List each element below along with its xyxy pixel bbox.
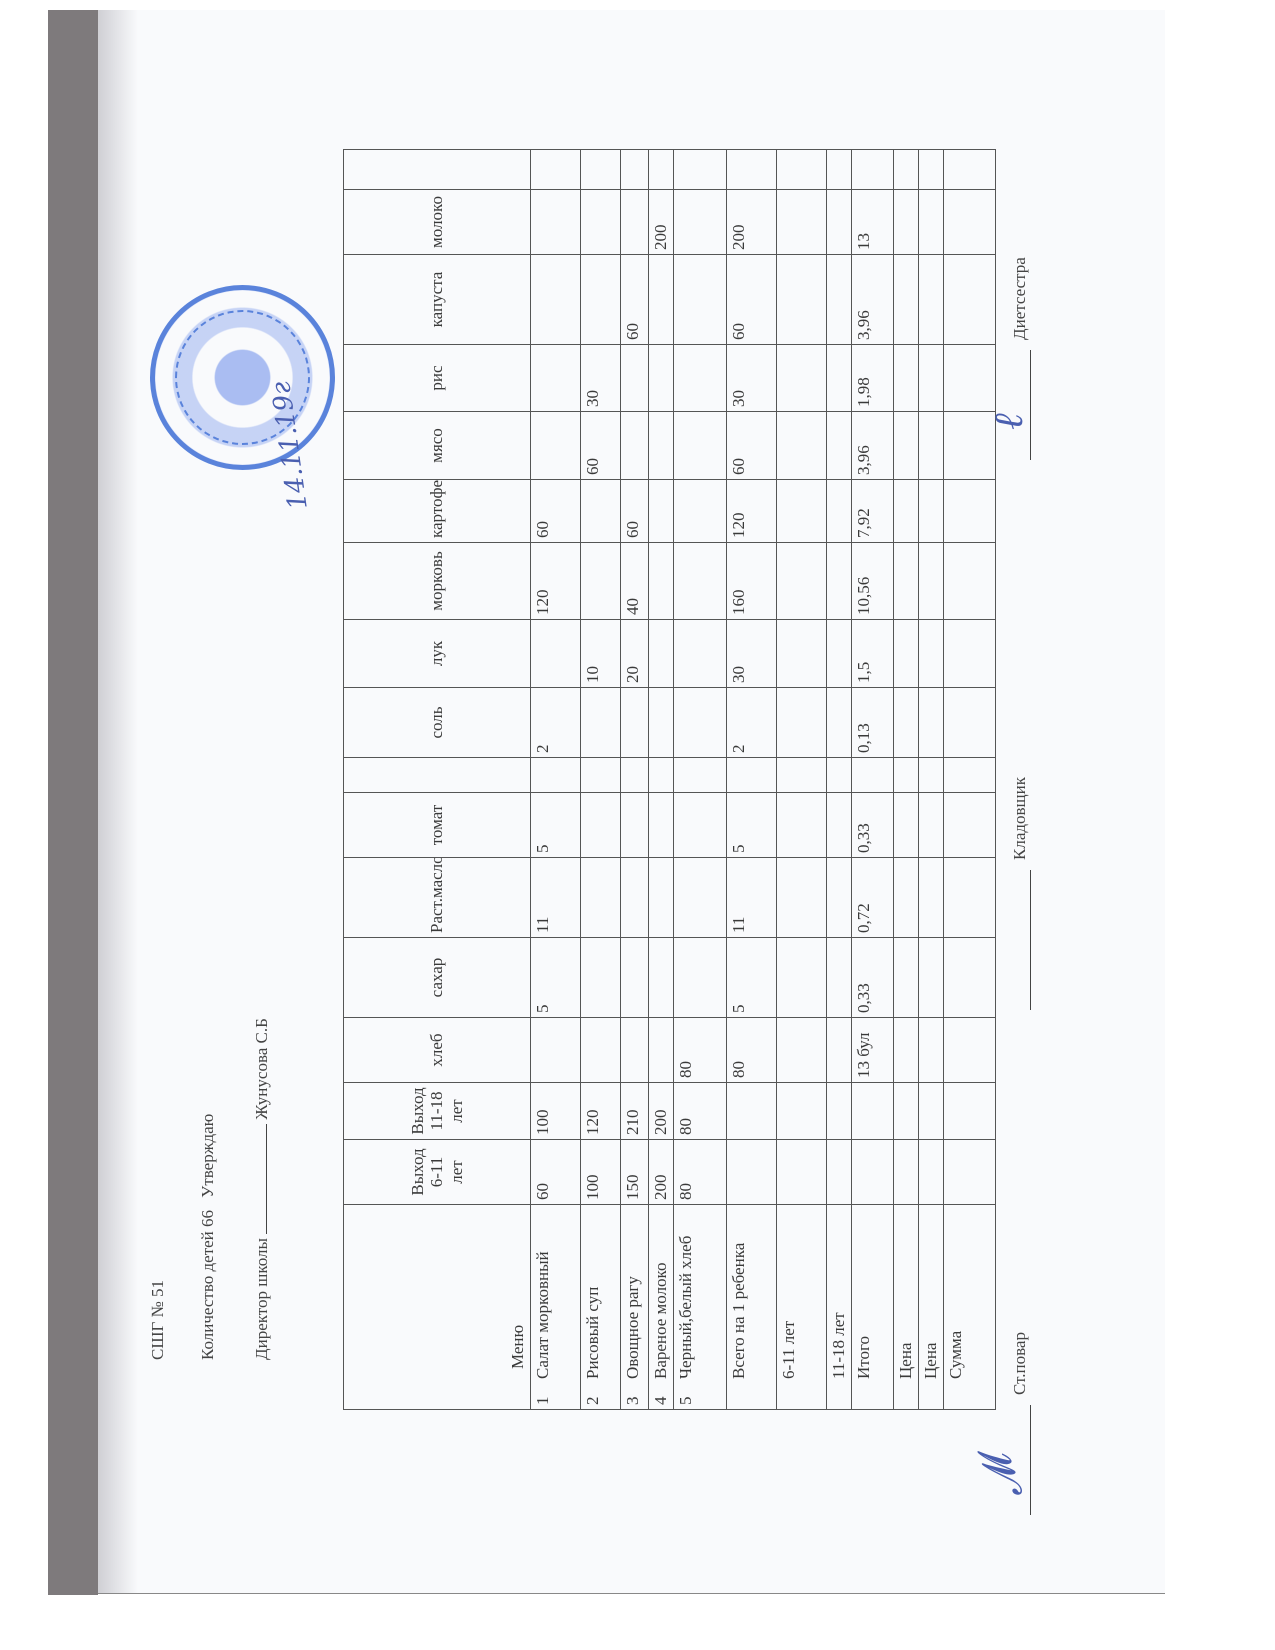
- table-cell: [621, 412, 649, 480]
- column-header: молоко: [344, 190, 531, 255]
- table-cell: [943, 758, 995, 793]
- table-cell: [826, 758, 851, 793]
- table-row: Сумма: [943, 150, 995, 1410]
- row-number: 3: [623, 1379, 643, 1405]
- table-cell: [918, 858, 943, 938]
- table-cell: 3,96: [851, 255, 893, 345]
- table-cell: 30: [581, 345, 621, 412]
- row-label: Итого: [851, 1205, 893, 1410]
- table-cell: [649, 758, 674, 793]
- table-row: 4Вареное молоко200200200: [649, 150, 674, 1410]
- director-label: Директор школы: [252, 1238, 271, 1360]
- table-cell: [673, 793, 726, 858]
- table-cell: [893, 1083, 918, 1140]
- table-cell: 120: [531, 543, 581, 620]
- table-row: Итого13 бул0,330,720,330,131,510,567,923…: [851, 150, 893, 1410]
- rotated-document: СШГ № 51 Количество детей 66 Утверждаю Д…: [0, 0, 1275, 1650]
- table-cell: [621, 1018, 649, 1083]
- table-cell: [581, 190, 621, 255]
- dish-name: Овощное рагу: [623, 1276, 642, 1379]
- row-label: 5Черный,белый хлеб: [673, 1205, 726, 1410]
- table-cell: [918, 480, 943, 543]
- table-cell: [851, 150, 893, 190]
- column-header: томат: [344, 793, 531, 858]
- table-cell: [776, 858, 826, 938]
- approve-label: Утверждаю: [198, 1114, 217, 1198]
- table-row: Всего на 1 ребенка8051152301601206030602…: [726, 150, 776, 1410]
- table-cell: [918, 1083, 943, 1140]
- table-cell: [673, 620, 726, 688]
- table-cell: [581, 938, 621, 1018]
- table-cell: [826, 480, 851, 543]
- table-cell: [531, 758, 581, 793]
- table-cell: [918, 758, 943, 793]
- table-cell: [776, 620, 826, 688]
- table-cell: [531, 1018, 581, 1083]
- dish-name: Сумма: [946, 1331, 965, 1379]
- table-cell: [918, 150, 943, 190]
- table-cell: [673, 190, 726, 255]
- director-name: Жунусова С.Б: [252, 1018, 271, 1120]
- dish-name: 11-18 лет: [829, 1312, 848, 1379]
- column-header: Выход 6-11 лет: [344, 1140, 531, 1205]
- table-cell: [649, 1018, 674, 1083]
- table-cell: 200: [649, 190, 674, 255]
- table-cell: 10,56: [851, 543, 893, 620]
- row-label: 11-18 лет: [826, 1205, 851, 1410]
- column-header: соль: [344, 688, 531, 758]
- table-cell: [826, 1018, 851, 1083]
- dish-name: Цена: [921, 1343, 940, 1379]
- table-cell: [943, 858, 995, 938]
- table-cell: 0,33: [851, 793, 893, 858]
- row-label: Цена: [893, 1205, 918, 1410]
- table-cell: [918, 620, 943, 688]
- table-cell: [826, 1140, 851, 1205]
- table-cell: 30: [726, 345, 776, 412]
- official-stamp: [150, 285, 335, 470]
- table-cell: [726, 1083, 776, 1140]
- table-cell: [531, 620, 581, 688]
- table-cell: [943, 793, 995, 858]
- table-cell: [581, 480, 621, 543]
- table-cell: [649, 858, 674, 938]
- table-cell: [943, 543, 995, 620]
- table-cell: [776, 412, 826, 480]
- table-cell: [673, 758, 726, 793]
- table-cell: [918, 345, 943, 412]
- column-header: морковь: [344, 543, 531, 620]
- table-cell: [581, 858, 621, 938]
- table-cell: [851, 1083, 893, 1140]
- table-cell: 120: [726, 480, 776, 543]
- table-cell: 60: [621, 480, 649, 543]
- table-cell: [621, 688, 649, 758]
- table-cell: 5: [531, 938, 581, 1018]
- menu-table: МенюВыход 6-11 летВыход 11-18 летхлебсах…: [343, 149, 996, 1410]
- table-cell: [621, 858, 649, 938]
- table-cell: [776, 758, 826, 793]
- table-cell: [826, 793, 851, 858]
- column-header: Раст.масло: [344, 858, 531, 938]
- table-cell: [531, 412, 581, 480]
- dish-name: Салат морковный: [533, 1251, 552, 1379]
- table-cell: [776, 543, 826, 620]
- dietitian-label: Диетсестра: [1010, 257, 1030, 340]
- table-cell: [893, 793, 918, 858]
- table-cell: [776, 255, 826, 345]
- table-cell: [826, 190, 851, 255]
- table-row: 6-11 лет: [776, 150, 826, 1410]
- table-cell: 200: [726, 190, 776, 255]
- table-row: 5Черный,белый хлеб808080: [673, 150, 726, 1410]
- table-cell: [673, 150, 726, 190]
- table-cell: 60: [531, 480, 581, 543]
- table-cell: [649, 255, 674, 345]
- column-header: картофель: [344, 480, 531, 543]
- column-header: [344, 150, 531, 190]
- table-cell: [893, 150, 918, 190]
- children-count-label: Количество детей: [198, 1231, 217, 1360]
- table-cell: [531, 150, 581, 190]
- dish-name: Всего на 1 ребенка: [729, 1243, 748, 1379]
- table-cell: 60: [726, 255, 776, 345]
- chef-signature: 𝓜: [974, 1449, 1033, 1507]
- table-cell: [621, 793, 649, 858]
- table-cell: 2: [531, 688, 581, 758]
- table-cell: [826, 412, 851, 480]
- table-cell: [726, 1140, 776, 1205]
- table-cell: 210: [621, 1083, 649, 1140]
- column-header: рис: [344, 345, 531, 412]
- dietitian-signature: ℓ: [985, 413, 1032, 430]
- table-cell: [918, 1018, 943, 1083]
- table-cell: [581, 793, 621, 858]
- dish-name: Вареное молоко: [651, 1263, 670, 1379]
- table-cell: [918, 412, 943, 480]
- table-cell: [826, 1083, 851, 1140]
- table-cell: [943, 1140, 995, 1205]
- table-cell: [776, 688, 826, 758]
- row-number: 2: [583, 1379, 603, 1405]
- table-cell: [893, 938, 918, 1018]
- column-header: сахар: [344, 938, 531, 1018]
- table-cell: [673, 543, 726, 620]
- table-cell: [893, 190, 918, 255]
- table-cell: [893, 688, 918, 758]
- table-cell: 200: [649, 1140, 674, 1205]
- column-header: Меню: [344, 1205, 531, 1410]
- table-cell: [531, 345, 581, 412]
- table-cell: 20: [621, 620, 649, 688]
- table-cell: [826, 345, 851, 412]
- table-cell: 150: [621, 1140, 649, 1205]
- column-header: капуста: [344, 255, 531, 345]
- storekeeper-signature-line: [1030, 870, 1031, 1010]
- children-count: Количество детей 66 Утверждаю: [198, 1114, 218, 1360]
- table-cell: [726, 758, 776, 793]
- chef-label: Ст.повар: [1010, 1332, 1030, 1395]
- table-cell: [826, 938, 851, 1018]
- table-cell: [943, 255, 995, 345]
- table-cell: 13: [851, 190, 893, 255]
- table-cell: 80: [673, 1018, 726, 1083]
- column-header: [344, 758, 531, 793]
- table-row: Цена: [893, 150, 918, 1410]
- row-label: 2Рисовый суп: [581, 1205, 621, 1410]
- table-cell: [673, 858, 726, 938]
- table-cell: 200: [649, 1083, 674, 1140]
- table-cell: 2: [726, 688, 776, 758]
- table-cell: 80: [673, 1083, 726, 1140]
- table-cell: 100: [581, 1140, 621, 1205]
- column-header: Выход 11-18 лет: [344, 1083, 531, 1140]
- table-cell: [581, 758, 621, 793]
- table-cell: [893, 620, 918, 688]
- table-cell: [673, 255, 726, 345]
- table-cell: [621, 150, 649, 190]
- table-cell: 60: [726, 412, 776, 480]
- table-cell: [726, 150, 776, 190]
- table-cell: [649, 938, 674, 1018]
- table-cell: 10: [581, 620, 621, 688]
- column-header: хлеб: [344, 1018, 531, 1083]
- column-header: лук: [344, 620, 531, 688]
- table-cell: [943, 620, 995, 688]
- table-cell: 11: [531, 858, 581, 938]
- table-cell: 7,92: [851, 480, 893, 543]
- table-cell: [918, 1140, 943, 1205]
- table-cell: [581, 150, 621, 190]
- table-cell: [851, 1140, 893, 1205]
- table-cell: 0,13: [851, 688, 893, 758]
- director-signature-line: [266, 1124, 267, 1234]
- table-cell: [673, 688, 726, 758]
- table-cell: [531, 255, 581, 345]
- table-cell: [621, 190, 649, 255]
- table-cell: 5: [531, 793, 581, 858]
- table-cell: [918, 255, 943, 345]
- table-cell: [621, 938, 649, 1018]
- table-cell: 80: [673, 1140, 726, 1205]
- table-cell: [649, 793, 674, 858]
- table-cell: [673, 938, 726, 1018]
- table-cell: [918, 190, 943, 255]
- table-cell: [621, 345, 649, 412]
- table-cell: [649, 150, 674, 190]
- dish-name: 6-11 лет: [779, 1321, 798, 1379]
- table-cell: [776, 938, 826, 1018]
- table-cell: [893, 345, 918, 412]
- table-cell: [826, 858, 851, 938]
- dish-name: Итого: [854, 1336, 873, 1379]
- table-row: 2Рисовый суп100120106030: [581, 150, 621, 1410]
- table-cell: [649, 412, 674, 480]
- table-cell: 80: [726, 1018, 776, 1083]
- table-cell: 30: [726, 620, 776, 688]
- table-cell: 0,72: [851, 858, 893, 938]
- table-cell: [581, 1018, 621, 1083]
- table-cell: [918, 793, 943, 858]
- table-cell: [943, 480, 995, 543]
- table-cell: [893, 758, 918, 793]
- table-cell: [918, 938, 943, 1018]
- row-label: 3Овощное рагу: [621, 1205, 649, 1410]
- table-cell: 11: [726, 858, 776, 938]
- table-cell: [918, 543, 943, 620]
- storekeeper-label: Кладовщик: [1010, 777, 1030, 860]
- table-row: 11-18 лет: [826, 150, 851, 1410]
- table-cell: [776, 1083, 826, 1140]
- table-cell: [826, 255, 851, 345]
- row-number: 5: [676, 1379, 696, 1405]
- table-cell: [826, 543, 851, 620]
- table-cell: [826, 150, 851, 190]
- dish-name: Цена: [896, 1343, 915, 1379]
- table-cell: [851, 758, 893, 793]
- dietitian-signature-line: [1030, 350, 1031, 460]
- row-label: 4Вареное молоко: [649, 1205, 674, 1410]
- table-row: 1Салат морковный601005115212060: [531, 150, 581, 1410]
- table-cell: 0,33: [851, 938, 893, 1018]
- table-cell: [893, 412, 918, 480]
- table-cell: [621, 758, 649, 793]
- table-cell: [893, 858, 918, 938]
- table-cell: [649, 688, 674, 758]
- table-cell: [943, 150, 995, 190]
- table-cell: 3,96: [851, 412, 893, 480]
- table-cell: [918, 688, 943, 758]
- table-cell: [826, 688, 851, 758]
- table-cell: [943, 688, 995, 758]
- row-label: Всего на 1 ребенка: [726, 1205, 776, 1410]
- table-cell: [776, 480, 826, 543]
- table-cell: [649, 543, 674, 620]
- table-cell: 13 бул: [851, 1018, 893, 1083]
- table-cell: [943, 190, 995, 255]
- table-cell: [943, 938, 995, 1018]
- table-cell: 5: [726, 938, 776, 1018]
- children-count-value: 66: [198, 1210, 217, 1227]
- table-cell: [776, 793, 826, 858]
- row-label: Сумма: [943, 1205, 995, 1410]
- table-cell: [826, 620, 851, 688]
- table-cell: [893, 480, 918, 543]
- table-cell: [893, 543, 918, 620]
- row-number: 4: [651, 1379, 671, 1405]
- table-cell: 120: [581, 1083, 621, 1140]
- table-cell: [776, 1018, 826, 1083]
- school-name: СШГ № 51: [148, 1280, 168, 1360]
- column-header: мясо: [344, 412, 531, 480]
- row-label: 6-11 лет: [776, 1205, 826, 1410]
- table-cell: 1,98: [851, 345, 893, 412]
- row-number: 1: [533, 1379, 553, 1405]
- table-cell: [776, 345, 826, 412]
- table-cell: [673, 345, 726, 412]
- table-row: Цена: [918, 150, 943, 1410]
- table-cell: 160: [726, 543, 776, 620]
- table-cell: [673, 412, 726, 480]
- table-cell: [776, 190, 826, 255]
- table-cell: [581, 688, 621, 758]
- table-cell: [649, 480, 674, 543]
- table-cell: [581, 255, 621, 345]
- table-cell: 60: [581, 412, 621, 480]
- table-cell: [649, 345, 674, 412]
- table-cell: [893, 1018, 918, 1083]
- table-cell: 60: [531, 1140, 581, 1205]
- table-cell: 1,5: [851, 620, 893, 688]
- table-cell: 60: [621, 255, 649, 345]
- table-cell: [673, 480, 726, 543]
- table-row: 3Овощное рагу15021020406060: [621, 150, 649, 1410]
- table-cell: [893, 255, 918, 345]
- table-cell: 5: [726, 793, 776, 858]
- row-label: Цена: [918, 1205, 943, 1410]
- row-label: 1Салат морковный: [531, 1205, 581, 1410]
- dish-name: Рисовый суп: [583, 1287, 602, 1379]
- table-cell: [581, 543, 621, 620]
- table-cell: [776, 150, 826, 190]
- table-cell: [943, 1083, 995, 1140]
- table-cell: 40: [621, 543, 649, 620]
- table-cell: [943, 1018, 995, 1083]
- header-row: МенюВыход 6-11 летВыход 11-18 летхлебсах…: [344, 150, 531, 1410]
- table-cell: [531, 190, 581, 255]
- director-line: Директор школы Жунусова С.Б: [252, 1018, 272, 1360]
- table-cell: [893, 1140, 918, 1205]
- table-cell: [649, 620, 674, 688]
- table-cell: 100: [531, 1083, 581, 1140]
- table-cell: [943, 345, 995, 412]
- chef-signature-line: [1030, 1405, 1031, 1515]
- table-cell: [776, 1140, 826, 1205]
- dish-name: Черный,белый хлеб: [676, 1236, 695, 1379]
